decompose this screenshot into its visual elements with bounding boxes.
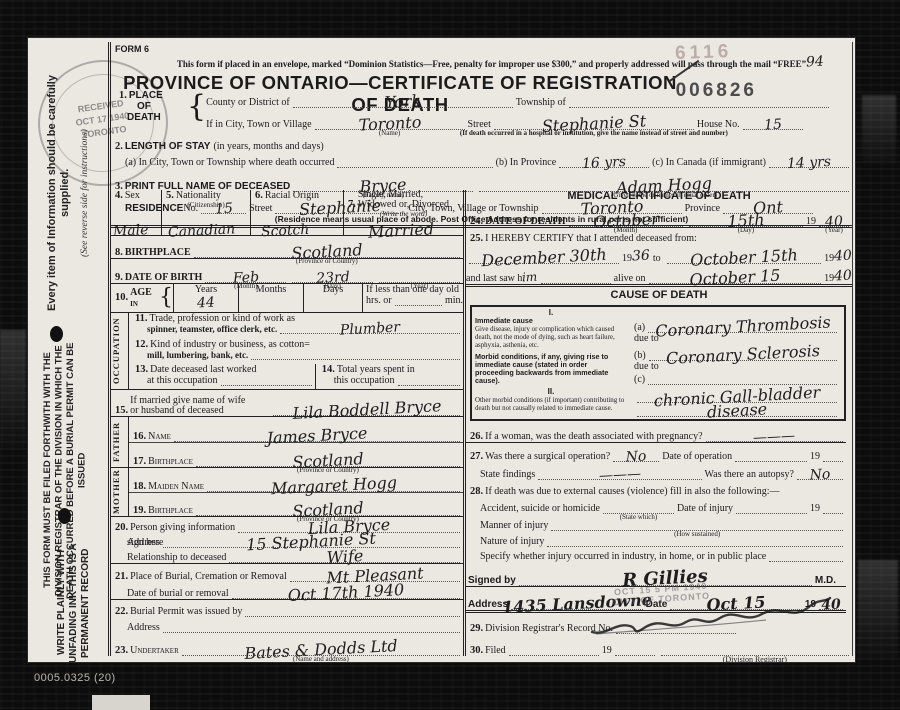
field16-number: 16. xyxy=(129,431,148,442)
racial-origin-label: Racial Origin xyxy=(265,190,319,201)
cause-of-death-title: CAUSE OF DEATH xyxy=(466,287,852,303)
to-year-prefix: 19 xyxy=(824,253,834,264)
field12-number: 12. xyxy=(131,339,150,350)
sex-label: Sex xyxy=(125,190,140,201)
field17-number: 17. xyxy=(129,456,148,467)
cause-instructions: I. Immediate cause Give disease, injury … xyxy=(472,307,630,419)
informant-row: 20. Person giving information Lila Bryce… xyxy=(111,517,463,564)
field29-number: 29. xyxy=(466,623,485,634)
last-saw-label: and last saw h xyxy=(466,273,522,284)
cause-c-label: (c) xyxy=(634,374,645,385)
field26-number: 26. xyxy=(466,431,485,442)
division-registrar-note: (Division Registrar) xyxy=(723,655,787,664)
medical-column: MEDICAL CERTIFICATE OF DEATH 24. DATE OF… xyxy=(466,190,852,656)
length-of-stay-label: LENGTH OF STAY xyxy=(125,141,211,152)
field15-number: 15. xyxy=(111,405,130,416)
field5-number: 5. xyxy=(162,190,176,201)
alive-year-prefix: 19 xyxy=(824,273,834,284)
md-label: M.D. xyxy=(815,575,836,586)
field28-number: 28. xyxy=(466,486,485,497)
certificate-form: FORM 6 This form if placed in an envelop… xyxy=(108,42,853,656)
field1-label-place: PLACE xyxy=(129,90,163,101)
operation-label: Was there a surgical operation? xyxy=(485,451,610,462)
to-year-handwritten: 40 xyxy=(834,247,853,264)
date-of-death-label: DATE OF DEATH xyxy=(485,216,565,227)
findings-label: State findings xyxy=(480,469,535,480)
citizenship-note: (Citizenship) xyxy=(162,201,250,209)
undertaker-note: (Name and address) xyxy=(293,655,349,663)
immediate-cause-text: Give disease, injury or complication whi… xyxy=(475,326,627,350)
stay-province-value-handwritten: 16 yrs xyxy=(582,154,627,172)
film-frame-code: 0005.0325 (20) xyxy=(34,672,116,684)
spouse-row: 15. If married give name of wife or husb… xyxy=(111,390,463,417)
operation-year-prefix: 19 xyxy=(810,451,820,462)
nature-label: Nature of injury xyxy=(480,536,544,547)
filed-year-prefix: 19 xyxy=(602,645,612,656)
mother-group: MOTHER 18. Maiden Name Margaret Hogg 19.… xyxy=(111,468,463,517)
film-scratch xyxy=(858,560,898,660)
marital-status-label: Single, Married, Widowed or, Divorced xyxy=(358,190,450,210)
personal-column: 4.Sex Male 5.Nationality (Citizenship) C… xyxy=(111,190,466,656)
age-label: AGE in xyxy=(130,287,159,309)
alive-on-handwritten: October 15 xyxy=(689,265,781,289)
injury-date-label: Date of injury xyxy=(677,503,733,514)
field1-number: 1. xyxy=(115,90,129,101)
field27-number: 27. xyxy=(466,451,485,462)
cause-a-label: (a) xyxy=(634,322,645,333)
cause-b-label: (b) xyxy=(634,350,646,361)
date-of-death-row: 24. DATE OF DEATH October(Month) 15th(Da… xyxy=(466,204,852,228)
field30-number: 30. xyxy=(466,645,485,656)
total-years-label-2: this occupation xyxy=(334,375,395,386)
field19-number: 19. xyxy=(129,505,148,516)
permit-address-label: Address xyxy=(127,622,160,633)
months-header: Months xyxy=(239,284,303,295)
to-label: to xyxy=(653,253,661,264)
alive-on-label: alive on xyxy=(614,273,646,284)
external-causes-label: If death was due to external causes (vio… xyxy=(485,486,779,497)
film-edge-patch xyxy=(92,695,150,710)
burial-row: 21. Place of Burial, Cremation or Remova… xyxy=(111,564,463,600)
write-the-word-note: (Write the word) xyxy=(344,210,463,218)
field23-number: 23. xyxy=(111,645,130,656)
film-scratch xyxy=(862,95,896,165)
stay-canada-value-handwritten: 14 yrs xyxy=(787,154,832,172)
handwritten-page-number: 94 xyxy=(806,54,825,71)
informant-label-1: Person giving information xyxy=(130,522,235,533)
field1-label-of: OF xyxy=(115,101,187,112)
year-note: (Year) xyxy=(411,282,429,290)
stay-city-label: (a) In City, Town or Township where deat… xyxy=(125,157,334,168)
field14-number: 14. xyxy=(318,364,337,375)
spouse-label-2: or husband of deceased xyxy=(130,406,270,416)
field9-number: 9. xyxy=(111,272,125,283)
informant-address-label: Address xyxy=(127,537,160,548)
from-year-handwritten: 36 xyxy=(632,247,651,264)
pregnancy-label: If a woman, was the death associated wit… xyxy=(485,431,702,442)
father-group: FATHER 16. Name James Bryce 17. Birthpla… xyxy=(111,417,463,468)
full-name-row: 3. PRINT FULL NAME OF DECEASED Bryce(Fam… xyxy=(111,172,852,192)
stay-canada-label: (c) In Canada (if immigrant) xyxy=(652,157,766,168)
field10-number: 10. xyxy=(111,292,130,303)
length-of-stay-sub: (in years, months and days) xyxy=(213,141,323,152)
registrar-rows: 29. Division Registrar's Record No. 30. … xyxy=(466,610,852,656)
field20-number: 20. xyxy=(111,522,130,533)
last-saw-him-handwritten: im xyxy=(522,269,538,284)
age-years-handwritten: 44 xyxy=(197,294,216,311)
father-vertical-label: FATHER xyxy=(111,417,128,467)
burial-date-label: Date of burial or removal xyxy=(127,588,229,599)
brace-glyph: { xyxy=(159,285,173,310)
field18-number: 18. xyxy=(129,481,148,492)
year-prefix: 19 xyxy=(806,216,816,227)
form-number: FORM 6 xyxy=(115,44,149,54)
burial-place-label: Place of Burial, Cremation or Removal xyxy=(130,571,287,582)
stay-province-label: (b) In Province xyxy=(496,157,557,168)
father-name-label: Name xyxy=(148,431,171,442)
maiden-name-label: Maiden Name xyxy=(148,481,204,492)
operation-row: 27. Was there a surgical operation? No D… xyxy=(466,443,846,480)
medical-certificate-title: MEDICAL CERTIFICATE OF DEATH xyxy=(466,190,852,204)
filed-label: Filed xyxy=(485,645,506,656)
mail-free-note: This form if placed in an envelope, mark… xyxy=(121,59,862,69)
relationship-label: Relationship to deceased xyxy=(127,552,226,563)
other-morbid-text: Other morbid conditions (if important) c… xyxy=(475,397,627,413)
trade-label-1: Trade, profession or kind of work as xyxy=(150,313,295,324)
length-of-stay-row: 2. LENGTH OF STAY (in years, months and … xyxy=(111,136,852,152)
external-causes-row: 28. If death was due to external causes … xyxy=(466,480,846,562)
registrar-record-label: Division Registrar's Record No. xyxy=(485,623,613,634)
trade-value-handwritten: Plumber xyxy=(340,319,401,338)
operation-date-label: Date of operation xyxy=(662,451,732,462)
field13-number: 13. xyxy=(131,364,150,375)
field6-number: 6. xyxy=(251,190,265,201)
father-birthplace-label: Birthplace xyxy=(148,456,193,467)
signed-year-prefix: 19 xyxy=(805,599,816,610)
date-of-birth-row: 9. DATE OF BIRTH Feb(Month) 23rd(Day) (Y… xyxy=(111,259,463,284)
field8-number: 8. xyxy=(111,247,125,258)
field25-number: 25. xyxy=(466,233,485,244)
field4-number: 4. xyxy=(111,190,125,201)
cause-entries: (a) Coronary Thrombosis due to (b) Coron… xyxy=(630,307,844,419)
cause-of-death-box: I. Immediate cause Give disease, injury … xyxy=(470,305,846,421)
industry-label-2: mill, lumbering, bank, etc. xyxy=(147,350,248,360)
attended-row: 25. I HEREBY CERTIFY that I attended dec… xyxy=(466,228,852,287)
occupation-vertical-label: OCCUPATION xyxy=(111,313,128,389)
birthplace-label: BIRTHPLACE xyxy=(125,247,191,258)
field21-number: 21. xyxy=(111,571,130,582)
alive-year-handwritten: 40 xyxy=(834,267,853,284)
margin-bullet-icon xyxy=(58,508,71,524)
years-header: Years xyxy=(174,284,238,295)
death-certificate-document: Every item of Information should be care… xyxy=(28,38,855,662)
days-header: Days xyxy=(304,284,362,295)
county-label: County or District of xyxy=(206,97,290,108)
undertaker-label: Undertaker xyxy=(130,645,179,656)
undertaker-row: 23. Undertaker Bates & Dodds Ltd(Name an… xyxy=(111,633,463,656)
field2-number: 2. xyxy=(111,141,125,152)
sex-nationality-row: 4.Sex Male 5.Nationality (Citizenship) C… xyxy=(111,190,463,236)
injury-year-prefix: 19 xyxy=(810,503,820,514)
from-year-prefix: 19 xyxy=(622,253,632,264)
pregnancy-row: 26. If a woman, was the death associated… xyxy=(466,425,846,443)
total-years-label-1: Total years spent in xyxy=(337,364,415,375)
specify-label: Specify whether injury occurred in indus… xyxy=(480,551,766,562)
birthplace-row: 8. BIRTHPLACE Scotland(Province or Count… xyxy=(111,236,463,259)
autopsy-label: Was there an autopsy? xyxy=(705,469,794,480)
other-condition-handwritten-2: disease xyxy=(706,399,767,421)
manner-label: Manner of injury xyxy=(480,520,548,531)
stamp-hand-number: 6116 xyxy=(674,41,732,65)
mother-birthplace-label: Birthplace xyxy=(148,505,193,516)
occupation-group: OCCUPATION 11.Trade, profession or kind … xyxy=(111,313,463,390)
min-label: min. xyxy=(445,295,463,306)
hrs-label: hrs. or xyxy=(366,295,392,306)
signed-by-label: Signed by xyxy=(466,575,516,586)
morbid-conditions-text: Morbid conditions, if any, giving rise t… xyxy=(475,353,627,385)
roman-ii: II. xyxy=(475,388,627,396)
film-scratch xyxy=(0,330,26,450)
house-no-value-handwritten: 15 xyxy=(763,117,782,134)
nationality-label: Nationality xyxy=(176,190,221,201)
signed-row: Signed by R Gillies M.D. Address 1435 La… xyxy=(466,562,846,610)
last-worked-label-2: at this occupation xyxy=(147,375,218,386)
city-label: If in City, Town or Village xyxy=(206,119,311,130)
field22-number: 22. xyxy=(111,606,130,617)
margin-note-bottom: WRITE PLAINLY WITH UNFADING INK THIS IS … xyxy=(56,538,92,668)
certify-label: I HEREBY CERTIFY that I attended decease… xyxy=(485,233,697,244)
field11-number: 11. xyxy=(131,313,150,324)
field24-number: 24. xyxy=(466,216,485,227)
field7-number: 7. xyxy=(344,199,358,210)
date-of-birth-label: DATE OF BIRTH xyxy=(125,272,202,283)
immediate-cause-head: Immediate cause xyxy=(475,317,627,325)
burial-permit-row: 22. Burial Permit was issued by Address xyxy=(111,600,463,633)
permit-issued-label: Burial Permit was issued by xyxy=(130,606,242,617)
form-columns: 4.Sex Male 5.Nationality (Citizenship) C… xyxy=(111,190,852,656)
brace-glyph: { xyxy=(187,90,206,130)
last-worked-label-1: Date deceased last worked xyxy=(150,364,256,375)
industry-label-1: Kind of industry or business, as cotton= xyxy=(150,339,310,350)
township-label: Township of xyxy=(516,97,566,108)
mother-vertical-label: MOTHER xyxy=(111,468,128,516)
trade-label-2: spinner, teamster, office clerk, etc. xyxy=(147,324,277,334)
field1-label-death: DEATH xyxy=(115,112,187,123)
accident-label: Accident, suicide or homicide xyxy=(480,503,600,514)
